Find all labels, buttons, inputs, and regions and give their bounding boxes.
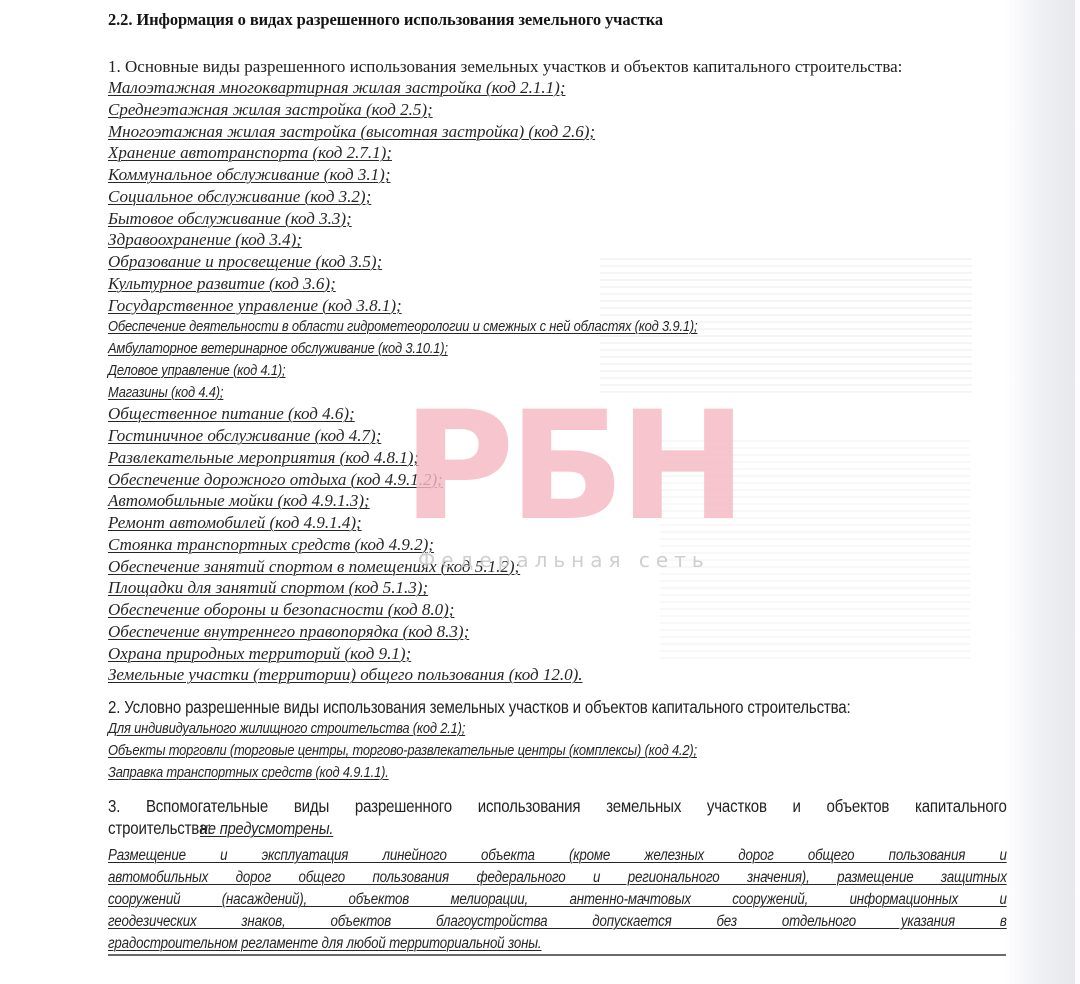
note-line: автомобильных дорог общего пользования ф… xyxy=(108,867,1007,889)
auxiliary-uses-heading: 3. Вспомогательные виды разрешенного исп… xyxy=(108,795,1007,817)
page-edge-shadow xyxy=(1005,0,1075,984)
list-item: Площадки для занятий спортом (код 5.1.3)… xyxy=(108,578,428,598)
list-item: Обеспечение занятий спортом в помещениях… xyxy=(108,557,520,577)
list-item: Гостиничное обслуживание (код 4.7); xyxy=(108,426,381,446)
auxiliary-uses-line: строительства: не предусмотрены. xyxy=(108,818,355,839)
list-item: Автомобильные мойки (код 4.9.1.3); xyxy=(108,491,370,511)
section-title: 2.2. Информация о видах разрешенного исп… xyxy=(108,10,663,30)
conditional-uses-heading: 2. Условно разрешенные виды использовани… xyxy=(108,697,851,717)
list-item: Стоянка транспортных средств (код 4.9.2)… xyxy=(108,535,434,555)
list-item: Объекты торговли (торговые центры, торго… xyxy=(108,741,697,761)
list-item: Среднеэтажная жилая застройка (код 2.5); xyxy=(108,100,433,120)
auxiliary-uses-value: не предусмотрены. xyxy=(200,819,333,839)
list-item: Ремонт автомобилей (код 4.9.1.4); xyxy=(108,513,362,533)
list-item: Коммунальное обслуживание (код 3.1); xyxy=(108,165,390,185)
list-item: Для индивидуального жилищного строительс… xyxy=(108,719,465,739)
list-item: Социальное обслуживание (код 3.2); xyxy=(108,187,371,207)
list-item: Государственное управление (код 3.8.1); xyxy=(108,296,402,316)
list-item: Обеспечение деятельности в области гидро… xyxy=(108,317,697,337)
scan-bleed-through xyxy=(660,440,970,660)
watermark-logo: РБН xyxy=(402,405,667,530)
note-line: градостроительном регламенте для любой т… xyxy=(108,933,1007,955)
list-item: Бытовое обслуживание (код 3.3); xyxy=(108,209,352,229)
list-item: Обеспечение обороны и безопасности (код … xyxy=(108,600,454,620)
closing-rule xyxy=(108,954,1006,956)
note-line: геодезических знаков, объектов благоустр… xyxy=(108,911,1007,933)
note-line: Размещение и эксплуатация линейного объе… xyxy=(108,845,1007,867)
list-item: Хранение автотранспорта (код 2.7.1); xyxy=(108,143,392,163)
list-item: Образование и просвещение (код 3.5); xyxy=(108,252,382,272)
list-item: Многоэтажная жилая застройка (высотная з… xyxy=(108,122,595,142)
main-uses-heading: 1. Основные виды разрешенного использова… xyxy=(108,57,902,77)
list-item: Заправка транспортных средств (код 4.9.1… xyxy=(108,763,389,783)
list-item: Обеспечение дорожного отдыха (код 4.9.1.… xyxy=(108,470,443,490)
list-item: Обеспечение внутреннего правопорядка (ко… xyxy=(108,622,469,642)
auxiliary-uses-prefix: строительства: xyxy=(108,818,211,838)
list-item: Охрана природных территорий (код 9.1); xyxy=(108,644,411,664)
list-item: Развлекательные мероприятия (код 4.8.1); xyxy=(108,448,419,468)
list-item: Амбулаторное ветеринарное обслуживание (… xyxy=(108,339,448,359)
list-item: Магазины (код 4.4); xyxy=(108,383,223,403)
list-item: Общественное питание (код 4.6); xyxy=(108,404,355,424)
list-item: Культурное развитие (код 3.6); xyxy=(108,274,336,294)
list-item: Малоэтажная многоквартирная жилая застро… xyxy=(108,78,565,98)
list-item: Здравоохранение (код 3.4); xyxy=(108,230,302,250)
list-item: Земельные участки (территории) общего по… xyxy=(108,665,583,685)
note-line: сооружений (насаждений), объектов мелиор… xyxy=(108,889,1007,911)
page-edge xyxy=(1075,0,1080,984)
list-item: Деловое управление (код 4.1); xyxy=(108,361,285,381)
